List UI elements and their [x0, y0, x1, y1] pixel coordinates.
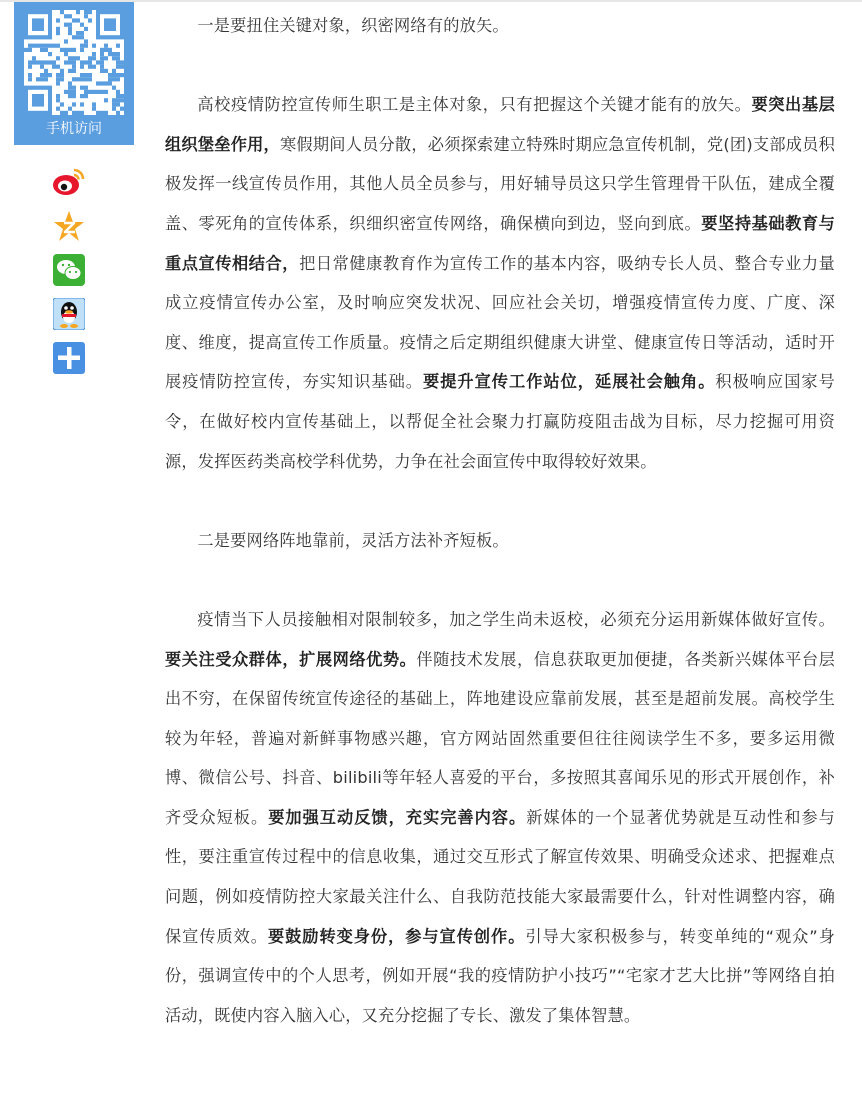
text-run: 新媒体的一个显著优势就是互动性和参与性，要注重宣传过程中的信息收集，通过交互形式… [165, 808, 835, 946]
share-bar [52, 165, 88, 385]
bold-emphasis: 要鼓励转变身份，参与宣传创作。 [268, 927, 525, 946]
weibo-icon [52, 167, 86, 197]
bold-emphasis: 要提升宣传工作站位，延展社会触角。 [423, 372, 715, 391]
mobile-access-label: 手机访问 [14, 118, 134, 140]
qzone-icon [53, 210, 85, 242]
text-run: 把日常健康教育作为宣传工作的基本内容，吸纳专长人员、整合专业力量成立疫情宣传办公… [165, 254, 835, 392]
article-body: 一是要扭住关键对象，织密网络有的放矢。 高校疫情防控宣传师生职工是主体对象，只有… [165, 0, 835, 1035]
share-qq-button[interactable] [52, 297, 86, 331]
qq-icon [53, 298, 85, 330]
text-run: 伴随技术发展，信息获取更加便捷，各类新兴媒体平台层出不穷，在保留传统宣传途径的基… [165, 650, 835, 827]
paragraph-body-1: 高校疫情防控宣传师生职工是主体对象，只有把握这个关键才能有的放矢。要突出基层组织… [165, 85, 835, 481]
wechat-icon [53, 254, 85, 286]
qr-code-image [24, 10, 124, 115]
mobile-access-panel[interactable]: 手机访问 [14, 2, 134, 145]
text-run: 高校疫情防控宣传师生职工是主体对象，只有把握这个关键才能有的放矢。 [197, 95, 751, 114]
text-run: 疫情当下人员接触相对限制较多，加之学生尚未返校，必须充分运用新媒体做好宣传。 [197, 610, 835, 629]
bold-emphasis: 要关注受众群体，扩展网络优势。 [165, 650, 416, 669]
text-run: 一是要扭住关键对象，织密网络有的放矢。 [197, 16, 508, 35]
paragraph-body-2: 疫情当下人员接触相对限制较多，加之学生尚未返校，必须充分运用新媒体做好宣传。要关… [165, 600, 835, 1036]
share-wechat-button[interactable] [52, 253, 86, 287]
more-share-icon [53, 342, 85, 374]
text-run: 二是要网络阵地靠前，灵活方法补齐短板。 [197, 531, 508, 550]
share-weibo-button[interactable] [52, 165, 86, 199]
paragraph-heading-1: 一是要扭住关键对象，织密网络有的放矢。 [165, 0, 835, 46]
bold-emphasis: 要加强互动反馈，充实完善内容。 [268, 808, 526, 827]
paragraph-heading-2: 二是要网络阵地靠前，灵活方法补齐短板。 [165, 521, 835, 561]
share-qzone-button[interactable] [52, 209, 86, 243]
share-more-button[interactable] [52, 341, 86, 375]
